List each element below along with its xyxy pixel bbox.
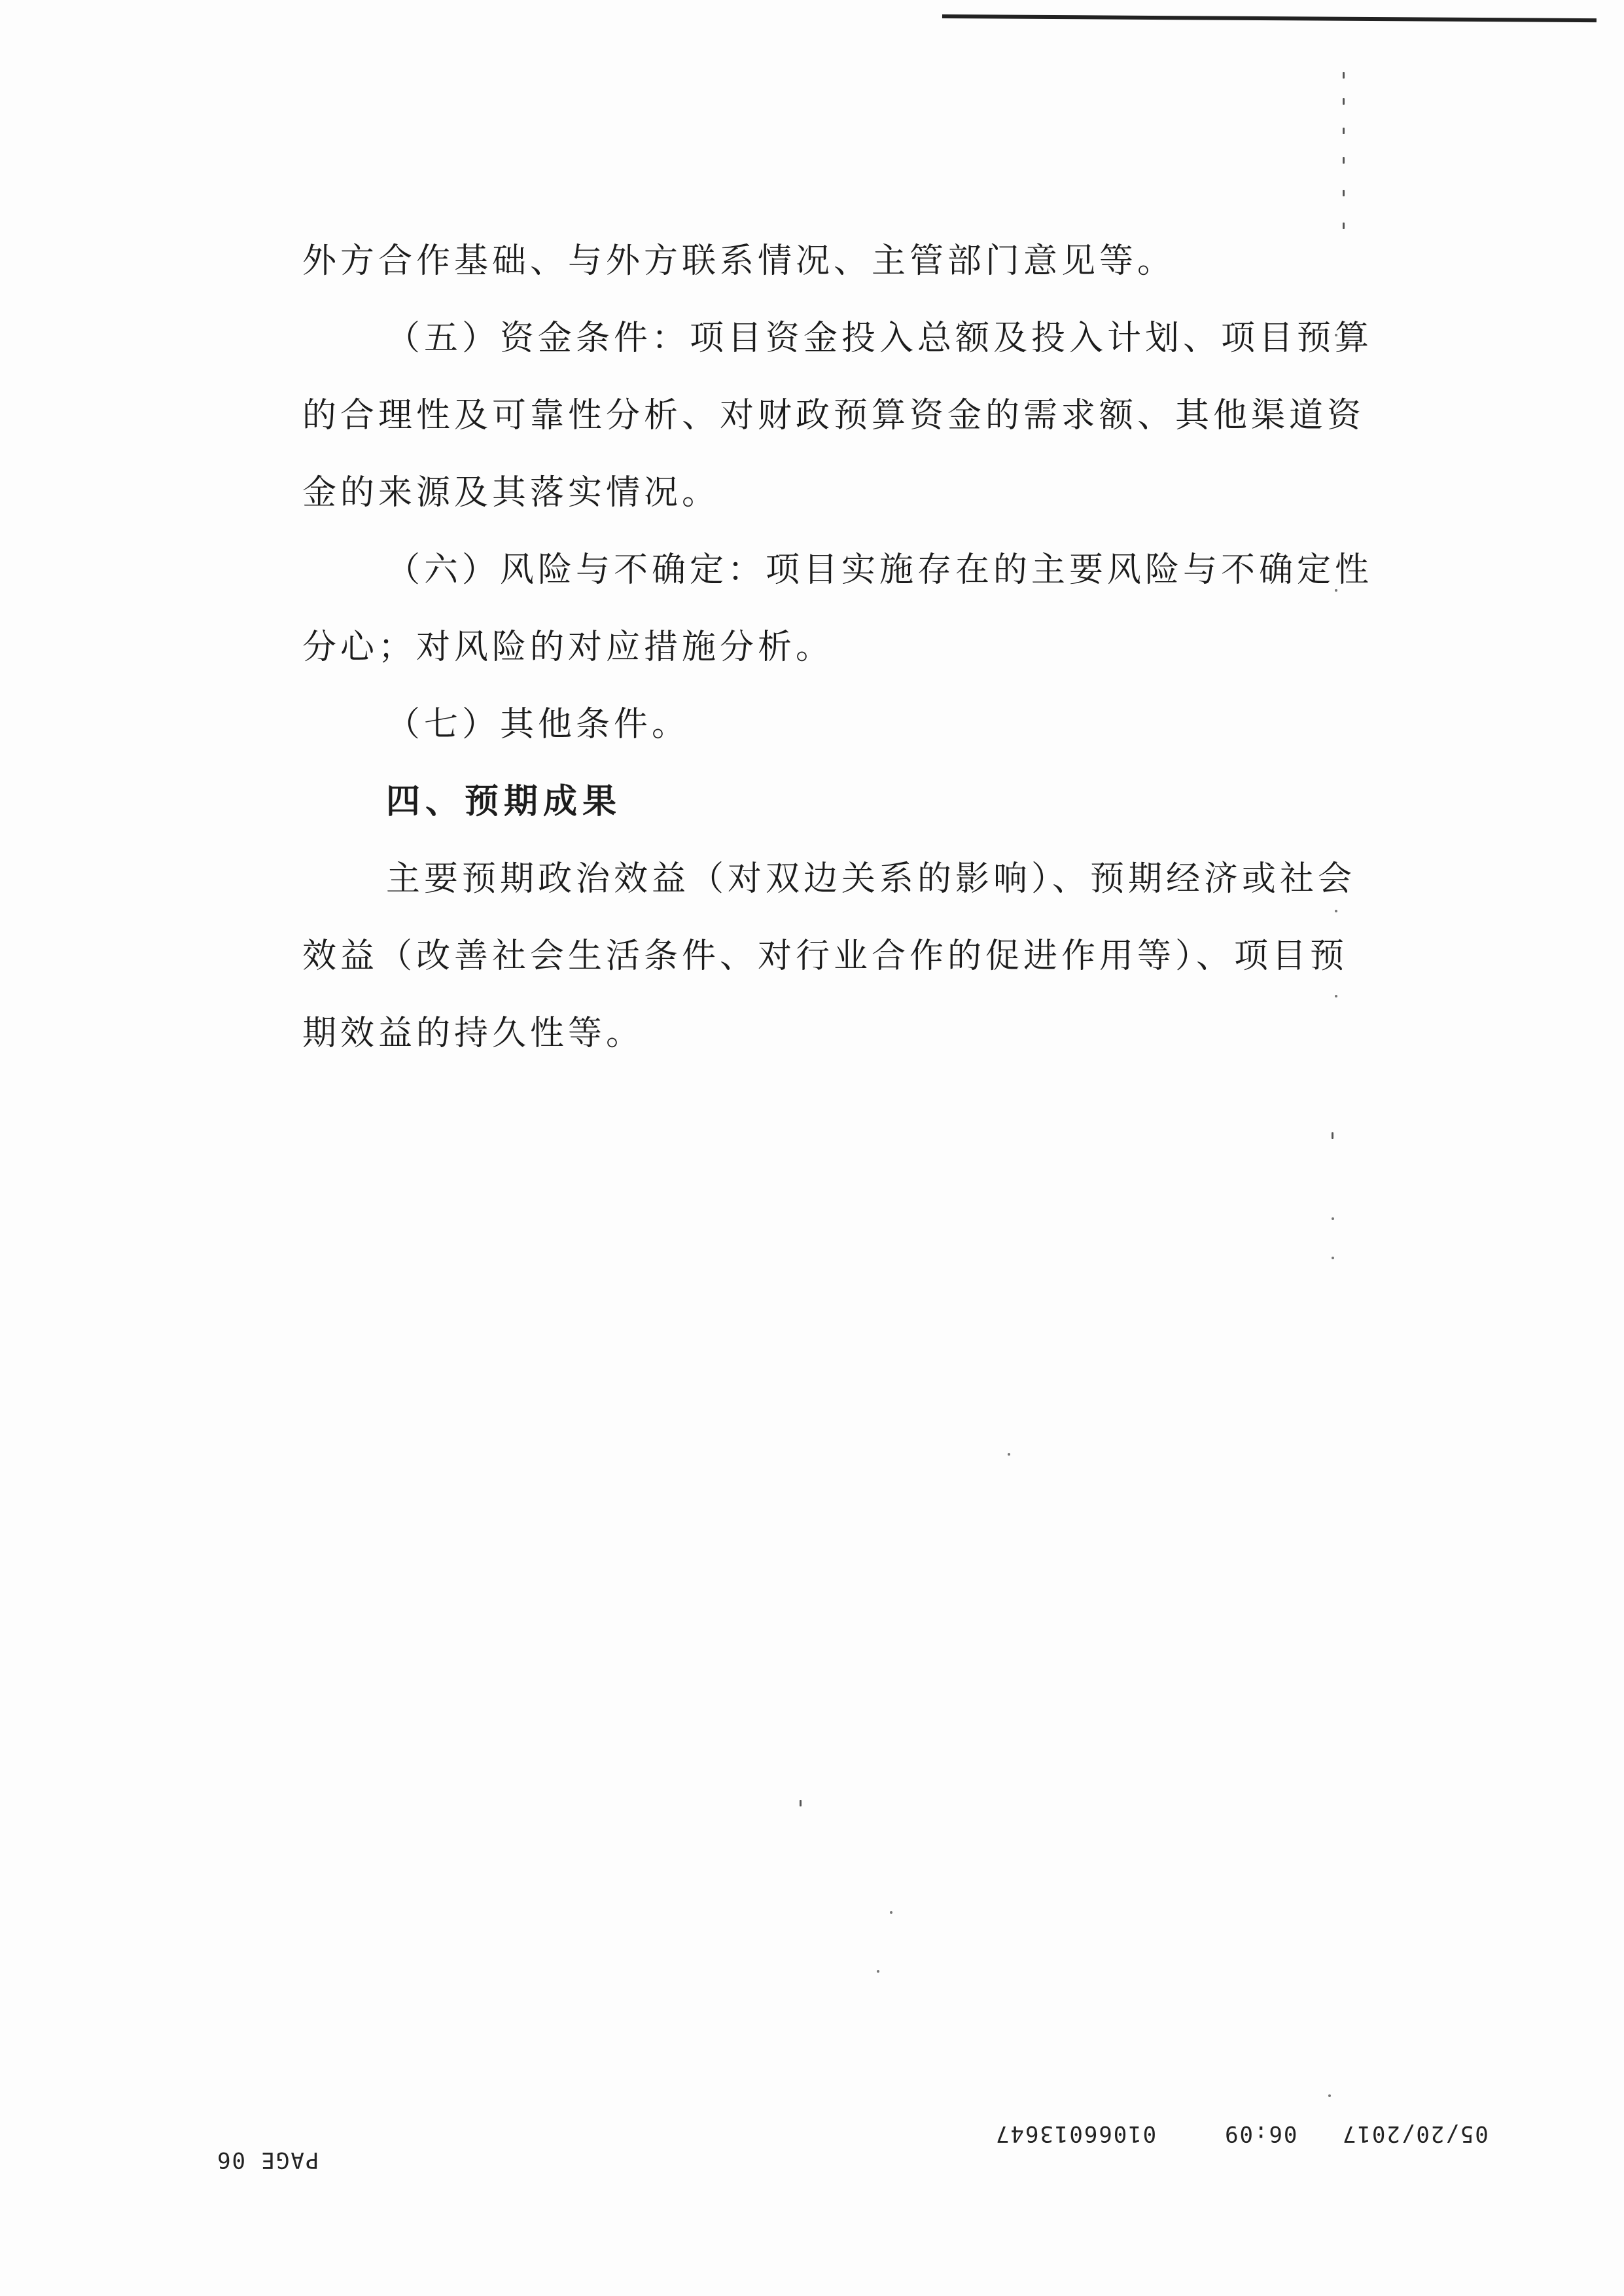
scan-dot <box>1335 334 1337 336</box>
paragraph-line-10: 效益（改善社会生活条件、对行业合作的促进作用等）、项目预 <box>302 918 1362 995</box>
scan-dot <box>1335 910 1337 912</box>
scan-speckle <box>1343 157 1345 164</box>
scan-speckle <box>1332 1132 1333 1139</box>
scan-dot <box>1008 1453 1010 1456</box>
scan-speckle <box>800 1800 802 1806</box>
scan-dot <box>877 1970 879 1973</box>
paragraph-risk-uncertainty: （六）风险与不确定：项目实施存在的主要风险与不确定性 <box>302 531 1362 609</box>
fax-date: 05/20/2017 <box>1341 2121 1489 2147</box>
document-body: 外方合作基础、与外方联系情况、主管部门意见等。 （五）资金条件：项目资金投入总额… <box>302 223 1362 1072</box>
scan-dot <box>1332 1257 1334 1259</box>
paragraph-line-3: 的合理性及可靠性分析、对财政预算资金的需求额、其他渠道资 <box>302 377 1362 454</box>
scan-dot <box>890 1911 892 1914</box>
paragraph-line-1: 外方合作基础、与外方联系情况、主管部门意见等。 <box>302 223 1362 300</box>
scan-dot <box>1332 1217 1334 1220</box>
scan-dot <box>1335 419 1337 422</box>
scan-speckle <box>1343 128 1345 134</box>
fax-top-rule <box>942 14 1597 22</box>
fax-page-label: PAGE 06 <box>216 2121 378 2199</box>
fax-time: 06:09 <box>1224 2121 1297 2147</box>
section-heading-expected-results: 四、预期成果 <box>302 763 1362 840</box>
scan-speckle <box>1343 72 1345 79</box>
scan-dot <box>1335 995 1337 997</box>
paragraph-funding-conditions: （五）资金条件：项目资金投入总额及投入计划、项目预算 <box>302 300 1362 377</box>
scan-dot <box>1328 2094 1331 2097</box>
paragraph-line-11: 期效益的持久性等。 <box>302 995 1362 1072</box>
fax-sender-number: 01066013647 <box>995 2121 1156 2147</box>
paragraph-other-conditions: （七）其他条件。 <box>302 686 1362 763</box>
scan-dot <box>1335 589 1337 592</box>
scan-speckle <box>1343 223 1345 229</box>
paragraph-line-6: 分心；对风险的对应措施分析。 <box>302 609 1362 686</box>
paragraph-expected-benefits: 主要预期政治效益（对双边关系的影响）、预期经济或社会 <box>302 840 1362 918</box>
scan-speckle <box>1343 98 1345 105</box>
fax-header-strip: PAGE 06 01066013647 06:09 05/20/2017 <box>0 2121 1624 2160</box>
scan-speckle <box>1343 190 1345 196</box>
paragraph-line-4: 金的来源及其落实情况。 <box>302 454 1362 531</box>
